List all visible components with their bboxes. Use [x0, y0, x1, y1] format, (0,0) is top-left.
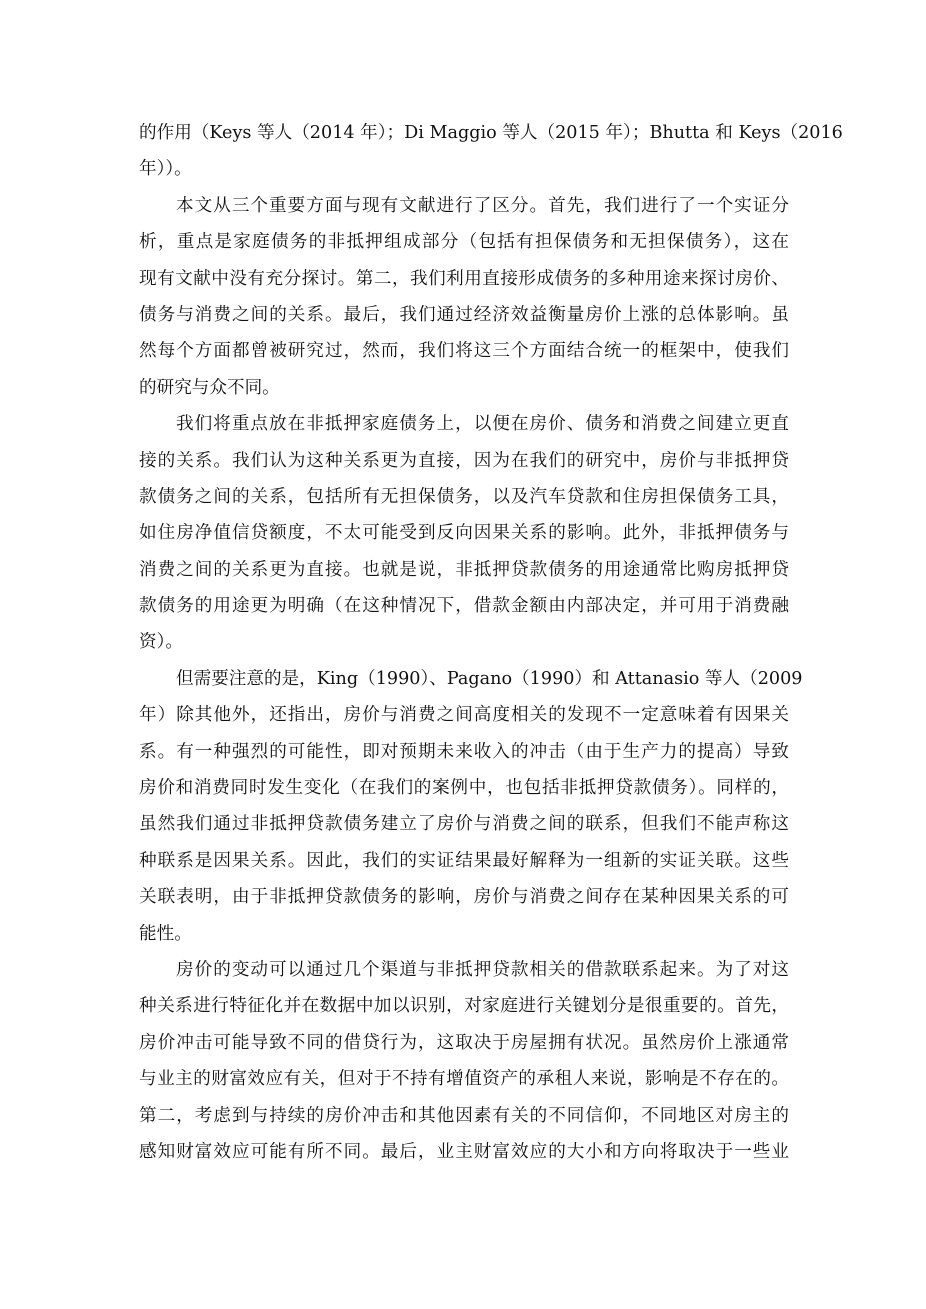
text-line: 房价冲击可能导致不同的借贷行为，这取决于房屋拥有状况。虽然房价上涨通常 [139, 1025, 789, 1061]
text-line: 的研究与众不同。 [139, 370, 789, 406]
text-line: 现有文献中没有充分探讨。第二，我们利用直接形成债务的多种用途来探讨房价、 [139, 261, 789, 297]
text-line: 种关系进行特征化并在数据中加以识别，对家庭进行关键划分是很重要的。首先， [139, 988, 789, 1024]
text-line: 我们将重点放在非抵押家庭债务上，以便在房价、债务和消费之间建立更直 [139, 406, 789, 442]
paragraph-causality-caveat: 但需要注意的是，King（1990）、Pagano（1990）和 Attanas… [139, 661, 789, 952]
text-line: 款债务的用途更为明确（在这种情况下，借款金额由内部决定，并可用于消费融 [139, 588, 789, 624]
text-line: 本文从三个重要方面与现有文献进行了区分。首先，我们进行了一个实证分 [139, 188, 789, 224]
text-line: 虽然我们通过非抵押贷款债务建立了房价与消费之间的联系，但我们不能声称这 [139, 806, 789, 842]
text-line: 关联表明，由于非抵押贷款债务的影响，房价与消费之间存在某种因果关系的可 [139, 879, 789, 915]
paragraph-channels: 房价的变动可以通过几个渠道与非抵押贷款相关的借款联系起来。为了对这 种关系进行特… [139, 952, 789, 1170]
text-line: 能性。 [139, 916, 789, 952]
text-line: 债务与消费之间的关系。最后，我们通过经济效益衡量房价上涨的总体影响。虽 [139, 297, 789, 333]
text-line: 但需要注意的是，King（1990）、Pagano（1990）和 Attanas… [139, 661, 789, 697]
text-line: 然每个方面都曾被研究过，然而，我们将这三个方面结合统一的框架中，使我们 [139, 333, 789, 369]
text-line: 房价和消费同时发生变化（在我们的案例中，也包括非抵押贷款债务）。同样的， [139, 770, 789, 806]
paragraph-non-mortgage-focus: 我们将重点放在非抵押家庭债务上，以便在房价、债务和消费之间建立更直 接的关系。我… [139, 406, 789, 661]
text-line: 资）。 [139, 624, 789, 660]
text-line: 种联系是因果关系。因此，我们的实证结果最好解释为一组新的实证关联。这些 [139, 843, 789, 879]
text-line: 年））。 [139, 151, 789, 187]
text-line: 析，重点是家庭债务的非抵押组成部分（包括有担保债务和无担保债务），这在 [139, 224, 789, 260]
text-line: 消费之间的关系更为直接。也就是说，非抵押贷款债务的用途通常比购房抵押贷 [139, 552, 789, 588]
text-line: 年）除其他外，还指出，房价与消费之间高度相关的发现不一定意味着有因果关 [139, 697, 789, 733]
document-page: 的作用（Keys 等人（2014 年）；Di Maggio 等人（2015 年）… [139, 115, 789, 1170]
text-line: 接的关系。我们认为这种关系更为直接，因为在我们的研究中，房价与非抵押贷 [139, 443, 789, 479]
text-line: 的作用（Keys 等人（2014 年）；Di Maggio 等人（2015 年）… [139, 115, 789, 151]
paragraph-contributions: 本文从三个重要方面与现有文献进行了区分。首先，我们进行了一个实证分 析，重点是家… [139, 188, 789, 406]
text-line: 与业主的财富效应有关，但对于不持有增值资产的承租人来说，影响是不存在的。 [139, 1061, 789, 1097]
text-line: 系。有一种强烈的可能性，即对预期未来收入的冲击（由于生产力的提高）导致 [139, 734, 789, 770]
text-line: 第二，考虑到与持续的房价冲击和其他因素有关的不同信仰，不同地区对房主的 [139, 1098, 789, 1134]
paragraph-citation-continuation: 的作用（Keys 等人（2014 年）；Di Maggio 等人（2015 年）… [139, 115, 789, 188]
text-line: 如住房净值信贷额度，不太可能受到反向因果关系的影响。此外，非抵押债务与 [139, 515, 789, 551]
text-line: 款债务之间的关系，包括所有无担保债务，以及汽车贷款和住房担保债务工具， [139, 479, 789, 515]
text-line: 感知财富效应可能有所不同。最后，业主财富效应的大小和方向将取决于一些业 [139, 1134, 789, 1170]
text-line: 房价的变动可以通过几个渠道与非抵押贷款相关的借款联系起来。为了对这 [139, 952, 789, 988]
